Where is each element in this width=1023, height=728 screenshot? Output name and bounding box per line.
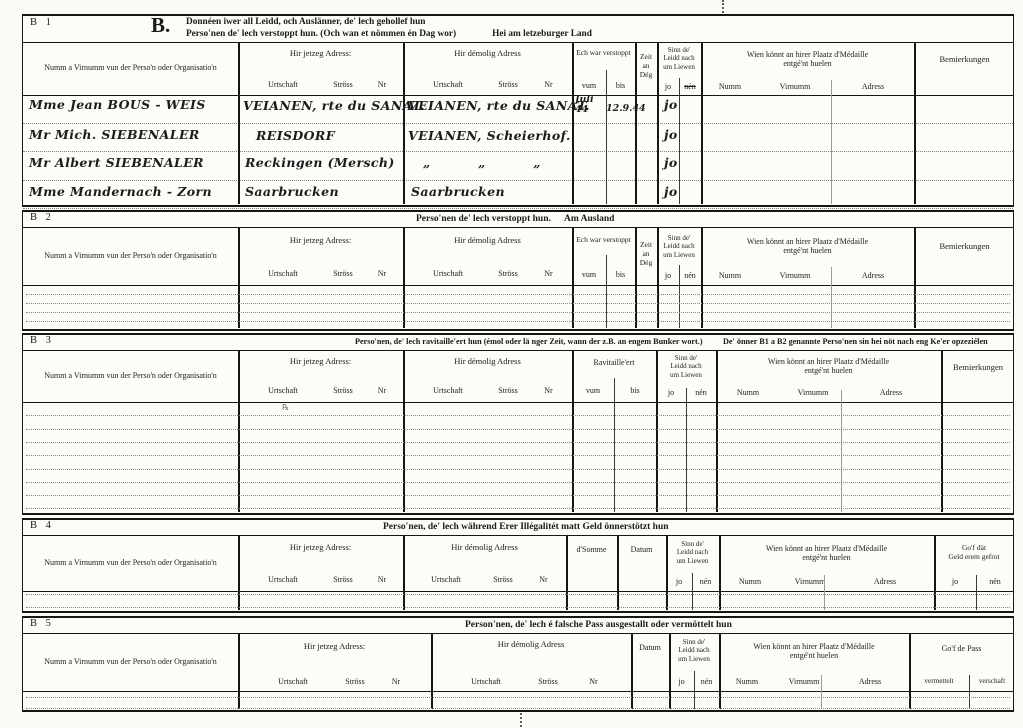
col-current-address: Hir jetzeg Adress: [238,641,431,651]
col-jo: jo [657,82,679,91]
dotted-ruling-line [26,294,1010,295]
scan-artifact-dotted-line-top [722,0,724,13]
column-divider [403,350,405,512]
col-stross: Ströss [488,80,528,89]
section-b3: B 3 Perso'nen, de' lech ravitaille'ert h… [22,333,1014,515]
col-urtschaft: Urtschaft [451,677,521,686]
section-b1-intro: Donnéen iwer all Leidd, och Auslänner, d… [186,17,592,40]
dotted-ruling-line [26,303,1010,304]
entry-name: Mme Mandernach - Zorn [29,185,235,198]
entry-former-address: Saarbrucken [411,185,569,198]
section-b5-titlebar: B 5 Person'nen, de' lech é falsche Pass … [23,618,1013,634]
column-divider [617,535,619,610]
col-gof-pass: Go'f de Pass [909,644,1014,653]
col-nen: nén [692,577,719,586]
entry-name: Mr Mich. SIEBENALER [29,128,235,141]
col-urtschaft: Urtschaft [413,80,483,89]
col-urtschaft: Urtschaft [248,575,318,584]
b1-entry-row-1: Mme Jean BOUS - WEIS VEIANEN, rte du SAN… [23,95,1013,124]
section-b2: B 2 Perso'nen de' lech verstoppt hun. Am… [22,210,1014,331]
section-b2-titlebar: B 2 Perso'nen de' lech verstoppt hun. Am… [23,212,1013,228]
column-divider [841,390,842,512]
col-nr: Nr [385,677,407,686]
col-numm: Numm [725,577,775,586]
col-ravitailleert: Ravitaille'ert [572,358,656,367]
column-divider [403,535,405,610]
dotted-ruling-line [26,415,1010,416]
col-nr: Nr [371,575,393,584]
column-divider [694,671,695,709]
column-divider [969,675,970,709]
scan-stray-mark: ℞ [282,403,289,412]
section-b4-title: Perso'nen, de' lech während Erer Illégal… [383,522,669,532]
col-name: Numm a Virnumm vun der Perso'n oder Orga… [23,371,238,380]
b1-entry-row-3: Mr Albert SIEBENALER Reckingen (Mersch) … [23,152,1013,181]
dotted-ruling-line [26,469,1010,470]
section-b4-label: B 4 [30,520,54,531]
col-urtschaft: Urtschaft [411,575,481,584]
col-nr: Nr [581,677,606,686]
column-divider [572,42,574,204]
entry-current-address: REISDORF [256,129,401,142]
b3-header-row: Numm a Virnumm vun der Perso'n oder Orga… [23,350,1013,403]
column-divider [701,42,703,204]
b4-header-row: Numm a Virnumm vun der Perso'n oder Orga… [23,535,1013,592]
section-b1-big-letter: B. [151,13,170,38]
col-urtschaft: Urtschaft [258,677,328,686]
dotted-ruling-line [26,508,1010,509]
col-stross: Ströss [323,80,363,89]
col-urtschaft: Urtschaft [413,269,483,278]
col-nen: nén [679,271,701,280]
col-former-address: Hir démolig Adress [403,235,572,245]
section-b5: B 5 Person'nen, de' lech é falsche Pass … [22,616,1014,712]
col-nr: Nr [371,269,393,278]
column-divider [914,42,916,204]
dotted-ruling-line [26,455,1010,456]
dotted-ruling-line [26,482,1010,483]
col-name: Numm a Virnumm vun der Perso'n oder Orga… [23,251,238,260]
col-virnumm: Virnumm [765,271,825,280]
dotted-ruling-line [26,429,1010,430]
section-b1-label: B 1 [30,17,54,28]
column-divider [656,350,658,512]
b5-header-row: Numm a Virnumm vun der Perso'n oder Orga… [23,633,1013,692]
col-sinn-leidd: Sinn de'Leidd nachum Liewen [656,354,716,379]
column-divider [719,535,721,610]
col-nen: nén [976,577,1014,586]
col-numm: Numm [723,677,771,686]
entry-current-address: Saarbrucken [245,185,401,198]
scan-artifact-dotted-line-bottom [520,713,522,727]
b1-header-row: Numm a Virnumm vun der Perso'n oder Orga… [23,42,1013,96]
col-former-address: Hir démolig Adress [403,356,572,366]
col-adress: Adress [849,388,933,397]
col-sinn-leidd: Sinn de'Leidd nachum Liewen [657,234,701,259]
col-jo: jo [656,388,686,397]
section-b4-titlebar: B 4 Perso'nen, de' lech während Erer Ill… [23,520,1013,536]
col-adress: Adress [837,677,903,686]
entry-former-address: VEIANEN, rte du SANAT. [408,99,568,112]
intro-line-2: Perso'nen de' lech verstoppt hun. (Och w… [186,29,592,41]
col-sinn-leidd: Sinn de'Leidd nachum Liewen [669,638,719,663]
intro-line-1: Donnéen iwer all Leidd, och Auslänner, d… [186,17,592,29]
col-hidden: Ech war verstoppt [572,236,635,245]
entry-current-address: VEIANEN, rte du SANAT. [243,99,401,112]
column-divider [614,378,615,512]
col-bis: bis [614,386,656,395]
column-divider [679,265,680,328]
col-datum: Datum [631,643,669,652]
col-adress: Adress [835,271,911,280]
col-zeit-an-deg: ZeitanDég [635,53,657,80]
column-divider [403,42,405,204]
col-medal-recipient: Wien könnt an hirer Plaatz d'Médailleent… [719,544,934,563]
col-stross: Ströss [335,677,375,686]
col-current-address: Hir jetzeg Adress: [238,542,403,552]
column-divider [572,350,574,512]
dotted-ruling-line [26,495,1010,496]
entry-former-address: VEIANEN, Scheierhof. [408,129,568,142]
col-adress: Adress [845,577,925,586]
dotted-ruling-line [26,697,1010,698]
col-stross: Ströss [488,269,528,278]
col-zeit-an-deg: ZeitanDég [635,241,657,268]
entry-alive-jo: jo [664,128,690,141]
column-divider [606,70,607,204]
section-b3-titlebar: B 3 Perso'nen, de' lech ravitaille'ert h… [23,335,1013,351]
column-divider [238,535,240,610]
col-stross: Ströss [483,575,523,584]
entry-current-address: Reckingen (Mersch) [245,156,401,169]
col-vum: vum [572,386,614,395]
col-stross: Ströss [528,677,568,686]
scanned-form-page: { "hdr": { "name_col": "Numm a Virnumm v… [0,0,1023,728]
section-b4: B 4 Perso'nen, de' lech während Erer Ill… [22,518,1014,613]
dotted-ruling-line [26,321,1010,322]
column-divider [716,350,718,512]
col-vum: vum [572,270,606,279]
column-divider [666,535,668,610]
col-nen: nén [686,388,716,397]
col-urtschaft: Urtschaft [248,80,318,89]
column-divider [831,267,832,328]
dotted-ruling-line [26,442,1010,443]
col-sinn-leidd: Sinn de'Leidd nachum Liewen [657,46,701,71]
entry-alive-jo: jo [664,185,690,198]
column-divider [941,350,943,512]
col-nr: Nr [536,386,561,395]
dotted-ruling-line [26,594,1010,595]
col-former-address: Hir démolig Adress [403,542,566,552]
section-b3-title-part1: Perso'nen, de' lech ravitaille'ert hun (… [355,337,703,346]
dotted-ruling-line [26,607,1010,608]
col-hidden: Ech war verstoppt [572,49,635,58]
column-divider [657,42,659,204]
section-b5-title: Person'nen, de' lech é falsche Pass ausg… [465,620,732,630]
col-name: Numm a Virnumm vun der Perso'n oder Orga… [23,558,238,567]
intro-line-2b: Hei am letzeburger Land [492,29,592,39]
col-current-address: Hir jetzeg Adress: [238,235,403,245]
column-divider [692,573,693,610]
col-sinn-leidd: Sinn de'Leidd nachum Liewen [666,540,719,565]
col-former-address: Hir démolig Adress [403,48,572,58]
entry-name: Mr Albert SIEBENALER [29,156,235,169]
column-divider [635,42,637,204]
column-divider [679,78,680,204]
col-current-address: Hir jetzeg Adress: [238,48,403,58]
b2-header-row: Numm a Virnumm vun der Perso'n oder Orga… [23,227,1013,286]
col-medal-recipient: Wien könnt an hirer Plaatz d'Médailleent… [716,357,941,376]
col-virnumm: Virnumm [775,677,833,686]
column-divider [566,535,568,610]
col-name: Numm a Virnumm vun der Perso'n oder Orga… [23,63,238,72]
col-numm: Numm [705,271,755,280]
column-divider [686,388,687,512]
col-jo: jo [666,577,692,586]
col-medal-recipient: Wien könnt an hirer Plaatz d'Médailleent… [719,642,909,661]
col-bemierkungen: Bemierkungen [914,54,1015,64]
col-nen: nén [694,677,719,686]
section-b3-title-part2: De' önner B1 a B2 genannte Perso'nen sin… [723,337,988,346]
col-numm: Numm [705,82,755,91]
column-divider [606,255,607,328]
col-vermettelt: vermettelt [911,677,967,685]
col-nr: Nr [371,386,393,395]
col-bis: bis [606,270,635,279]
col-nr: Nr [536,80,561,89]
column-divider [976,575,977,610]
col-nr: Nr [536,269,561,278]
entry-former-address: „ „ „ [423,156,573,169]
col-bemierkungen: Bemierkungen [941,362,1015,372]
section-b2-subtitle: Am Ausland [564,214,614,224]
dotted-ruling-line [26,708,1010,709]
col-stross: Ströss [488,386,528,395]
col-geld-gefrot: Go'f dätGeld erem gefrot [934,544,1014,562]
b1-entry-row-4: Mme Mandernach - Zorn Saarbrucken Saarbr… [23,181,1013,210]
section-b1: B 1 B. Donnéen iwer all Leidd, och Auslä… [22,14,1014,207]
column-divider [824,575,825,610]
col-virnumm: Virnumm [781,388,845,397]
col-current-address: Hir jetzeg Adress: [238,356,403,366]
column-divider [821,675,822,709]
col-stross: Ströss [323,386,363,395]
col-jo: jo [657,271,679,280]
section-b1-titlebar: B 1 B. Donnéen iwer all Leidd, och Auslä… [23,16,1013,43]
column-divider [238,42,240,204]
column-divider [934,535,936,610]
col-name: Numm a Virnumm vun der Perso'n oder Orga… [23,657,238,666]
col-nr: Nr [531,575,556,584]
entry-hidden-from: Juli 44 [575,95,603,115]
entry-alive-jo: jo [664,98,690,111]
entry-alive-jo: jo [664,156,690,169]
dotted-ruling-line [26,312,1010,313]
col-somme: d'Somme [566,545,617,554]
col-jo: jo [669,677,694,686]
col-urtschaft: Urtschaft [413,386,483,395]
entry-name: Mme Jean BOUS - WEIS [29,98,235,111]
col-numm: Numm [723,388,773,397]
column-divider [831,80,832,204]
entry-hidden-until: 12.9.44 [606,104,638,114]
col-bemierkungen: Bemierkungen [914,241,1015,251]
col-virnumm: Virnumm [765,82,825,91]
b1-entry-row-2: Mr Mich. SIEBENALER REISDORF VEIANEN, Sc… [23,124,1013,153]
col-urtschaft: Urtschaft [248,269,318,278]
section-b3-label: B 3 [30,335,54,346]
section-b2-title: Perso'nen de' lech verstoppt hun. [416,214,551,224]
col-medal-recipient: Wien könnt an hirer Plaatz d'Médailleent… [701,50,914,69]
section-b2-label: B 2 [30,212,54,223]
col-nen-struck: nén [679,82,701,91]
col-adress: Adress [835,82,911,91]
section-b5-label: B 5 [30,618,54,629]
col-bis: bis [606,81,635,90]
col-stross: Ströss [323,575,363,584]
col-stross: Ströss [323,269,363,278]
col-datum: Datum [617,545,666,554]
col-nr: Nr [371,80,393,89]
col-virnumm: Virnumm [779,577,841,586]
col-medal-recipient: Wien könnt an hirer Plaatz d'Médailleent… [701,237,914,256]
column-divider [238,350,240,512]
col-vum: vum [572,81,606,90]
col-jo: jo [934,577,976,586]
col-former-address: Hir démolig Adress [431,639,631,649]
col-urtschaft: Urtschaft [248,386,318,395]
col-verschaft: verschaft [971,677,1013,685]
